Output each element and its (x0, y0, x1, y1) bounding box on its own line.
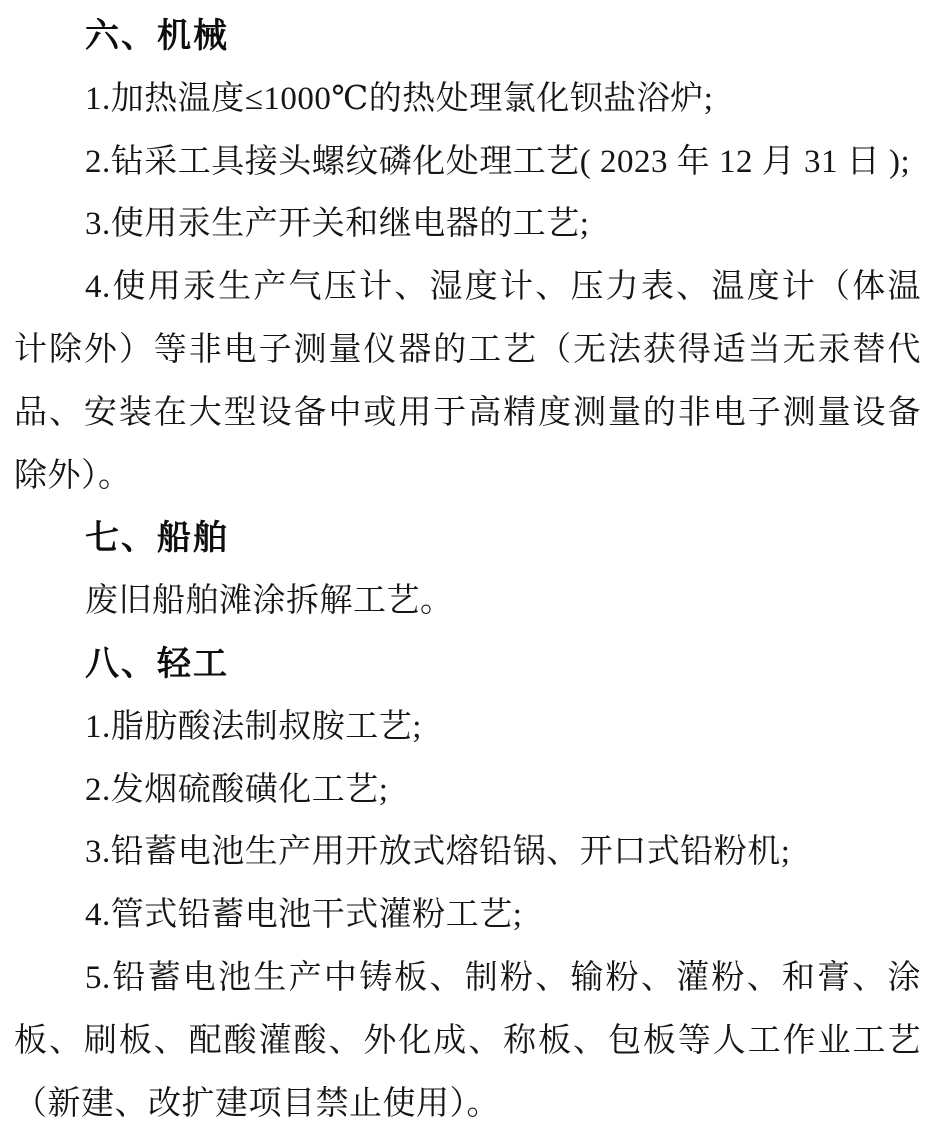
document-line: 4.使用汞生产气压计、湿度计、压力表、温度计（体温 (14, 256, 921, 319)
document-line: 废旧船舶滩涂拆解工艺。 (14, 570, 921, 633)
document-line: 1.加热温度≤1000℃的热处理氯化钡盐浴炉; (14, 68, 921, 131)
document-line: 4.管式铅蓄电池干式灌粉工艺; (14, 884, 921, 947)
document-line: （新建、改扩建项目禁止使用）。 (14, 1073, 921, 1136)
section-heading: 八、轻工 (14, 633, 921, 696)
document-line: 5.铅蓄电池生产中铸板、制粉、输粉、灌粉、和膏、涂 (14, 947, 921, 1010)
section-heading: 七、船舶 (14, 507, 921, 570)
document-page: 六、机械1.加热温度≤1000℃的热处理氯化钡盐浴炉;2.钻采工具接头螺纹磷化处… (0, 0, 937, 1144)
document-body: 六、机械1.加热温度≤1000℃的热处理氯化钡盐浴炉;2.钻采工具接头螺纹磷化处… (14, 5, 921, 1135)
document-line: 品、安装在大型设备中或用于高精度测量的非电子测量设备 (14, 382, 921, 445)
document-line: 2.发烟硫酸磺化工艺; (14, 759, 921, 822)
document-line: 2.钻采工具接头螺纹磷化处理工艺( 2023 年 12 月 31 日 ); (14, 131, 921, 194)
document-line: 1.脂肪酸法制叔胺工艺; (14, 696, 921, 759)
document-line: 3.使用汞生产开关和继电器的工艺; (14, 193, 921, 256)
section-heading: 六、机械 (14, 5, 921, 68)
document-line: 计除外）等非电子测量仪器的工艺（无法获得适当无汞替代 (14, 319, 921, 382)
document-line: 除外）。 (14, 445, 921, 508)
document-line: 板、刷板、配酸灌酸、外化成、称板、包板等人工作业工艺 (14, 1010, 921, 1073)
document-line: 3.铅蓄电池生产用开放式熔铅锅、开口式铅粉机; (14, 821, 921, 884)
